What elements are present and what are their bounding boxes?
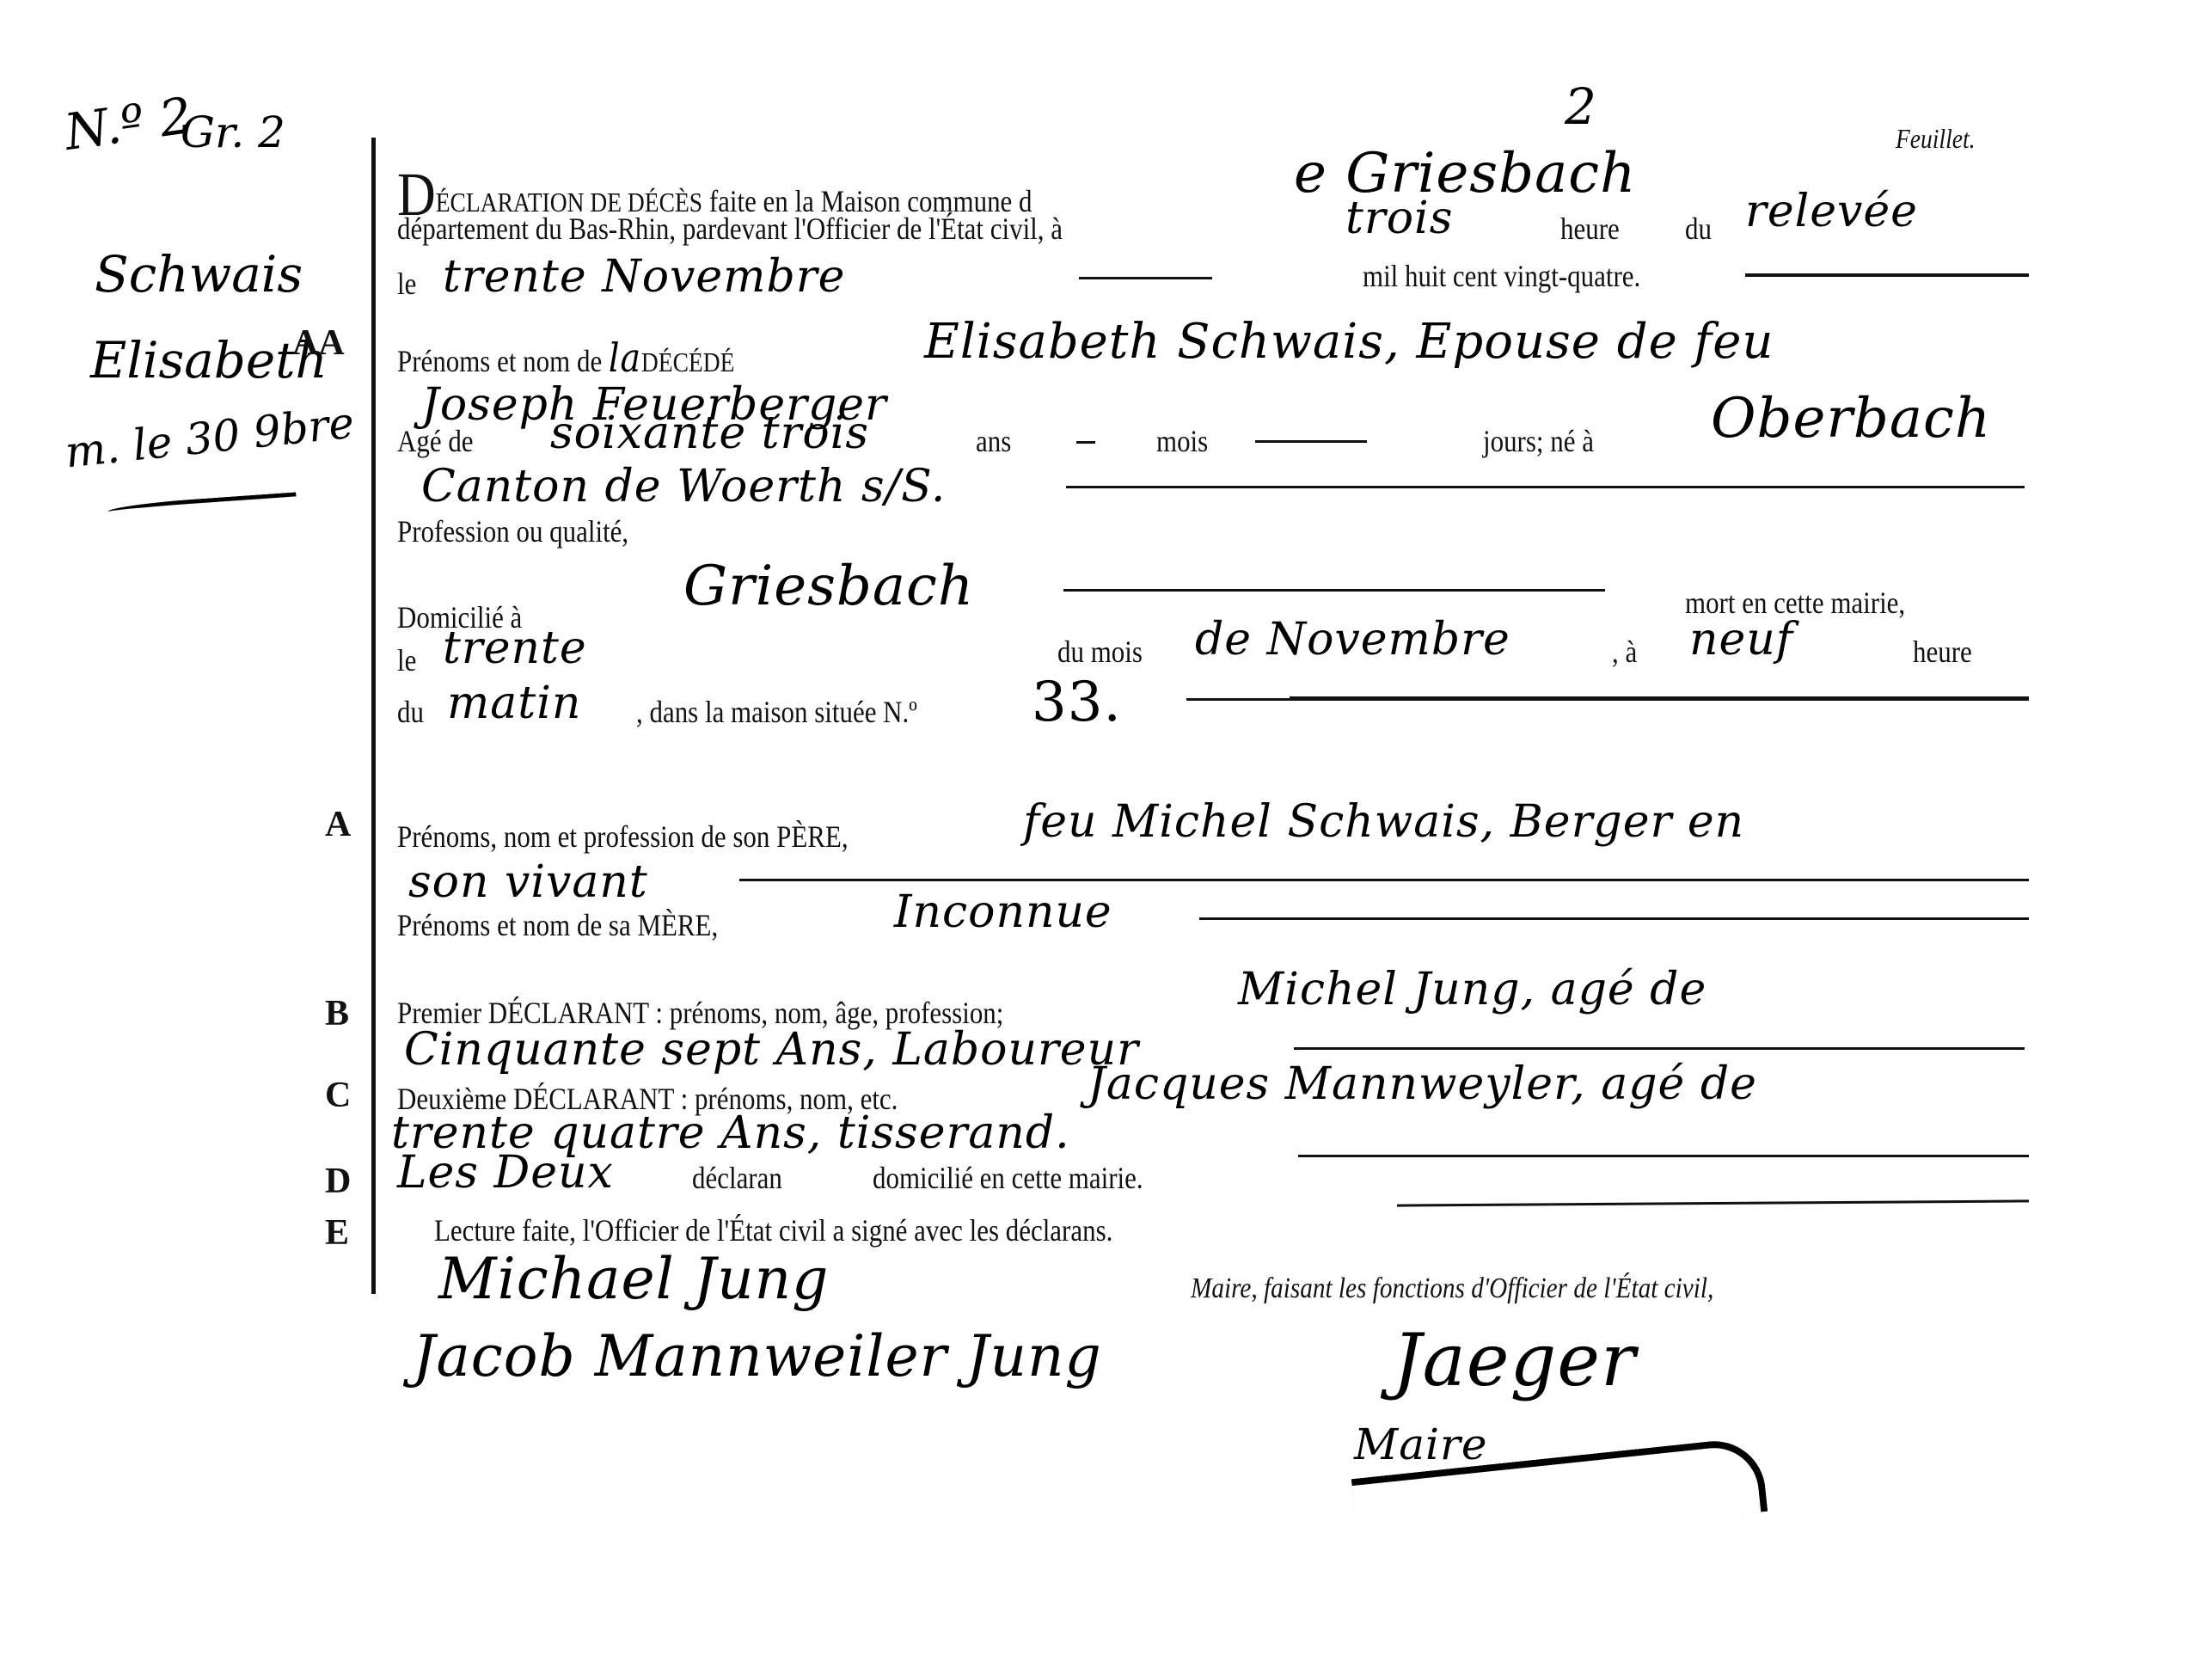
birthplace-handwritten: Oberbach [1711,391,1991,446]
blank-line [739,879,2029,881]
sheet-number-handwritten: 2 [1565,82,1597,132]
a-label: , à [1612,636,1637,667]
blank-line [1745,273,2029,277]
blank-line [1298,1155,2029,1157]
jours-label: jours; né à [1483,426,1594,457]
mother-handwritten: Inconnue [894,890,1112,935]
blank-line [1255,440,1367,443]
death-day-handwritten: trente [443,626,587,671]
margin-note-line: m. le 30 9bre [63,398,357,478]
death-month-handwritten: de Novembre [1195,617,1510,662]
death-le-label: le [397,645,416,676]
date-handwritten: trente Novembre [443,254,845,299]
declarant1-handwritten: Michel Jung, agé de [1238,967,1706,1012]
declarant1-signature: Michael Jung [438,1251,829,1308]
deceased-label-caps: DÉCÉDÉ [641,346,735,377]
maison-label: , dans la maison située N.º [636,696,917,727]
profession-label: Profession ou qualité, [397,516,628,547]
row-letter-c: C [325,1075,351,1116]
header-line-2: département du Bas-Rhin, pardevant l'Off… [397,213,1063,244]
le-label: le [397,268,416,299]
age-handwritten: soixante trois [550,411,869,456]
margin-note-line: Schwais [95,245,303,304]
row-letter-b: B [325,993,349,1034]
deceased-article-handwritten: la [609,334,641,381]
father-handwritten: feu Michel Schwais, Berger en [1023,800,1744,844]
year-text: mil huit cent vingt-quatre. [1363,261,1640,291]
age-label: Agé de [397,426,474,457]
domicilie-text: domicilié en cette mairie. [873,1162,1143,1193]
hour-handwritten: trois [1345,196,1453,241]
blank-line [1079,277,1212,279]
blank-line [1066,486,2025,488]
death-time-of-day-handwritten: matin [447,681,581,726]
deceased-label-text: Prénoms et nom de [397,344,602,378]
deceased-label: Prénoms et nom de laDÉCÉDÉ [397,338,734,377]
declarant2-handwritten: Jacques Mannweyler, agé de [1088,1062,1757,1107]
row-letter-a: A [325,804,351,845]
declaran-text: déclaran [692,1162,782,1193]
mayor-title-signature: Maire [1354,1423,1488,1466]
du-label: du [1685,213,1712,244]
mayor-signature: Jaeger [1393,1324,1636,1396]
mois-label: mois [1156,426,1208,457]
heure-label: heure [1560,213,1620,244]
deceased-name-handwritten: Elisabeth Schwais, Epouse de feu [924,318,1774,366]
birthplace-cont-handwritten: Canton de Woerth s/S. [421,464,946,509]
death-du-label: du [397,696,424,727]
maire-caption: Maire, faisant les fonctions d'Officier … [1191,1274,1713,1303]
ans-label: ans [976,426,1011,457]
blank-line [1186,698,2029,701]
margin-flourish [107,492,297,518]
father-label: Prénoms, nom et profession de son PÈRE, [397,821,849,852]
row-letter-d: D [325,1161,351,1202]
father-cont-handwritten: son vivant [408,860,648,905]
death-heure-label: heure [1913,636,1972,667]
row-letter-e: E [325,1212,349,1254]
lecture-text: Lecture faite, l'Officier de l'État civi… [434,1215,1112,1246]
margin-note-line: Gr. 2 [181,107,285,157]
blank-line [1397,1199,2029,1206]
du-mois-label: du mois [1057,636,1143,667]
declarant1-cont-handwritten: Cinquante sept Ans, Laboureur [404,1027,1139,1072]
blank-line [1063,589,1605,592]
time-of-day-handwritten: relevée [1745,189,1918,234]
les-deux-handwritten: Les Deux [397,1150,614,1195]
domicile-handwritten: Griesbach [683,559,974,614]
mother-label: Prénoms et nom de sa MÈRE, [397,910,718,941]
margin-act-number: N.º 2 [61,86,195,162]
blank-line [1294,1047,2025,1050]
house-number-handwritten: 33. [1032,675,1122,730]
margin-rule [371,138,376,1294]
death-hour-handwritten: neuf [1689,617,1793,662]
declarant2-signature: Jacob Mannweiler Jung [413,1328,1102,1385]
sheet-label: Feuillet. [1896,125,1975,152]
dash [1076,441,1095,444]
blank-line [1199,917,2029,920]
row-letter-aa: AA [292,322,345,364]
